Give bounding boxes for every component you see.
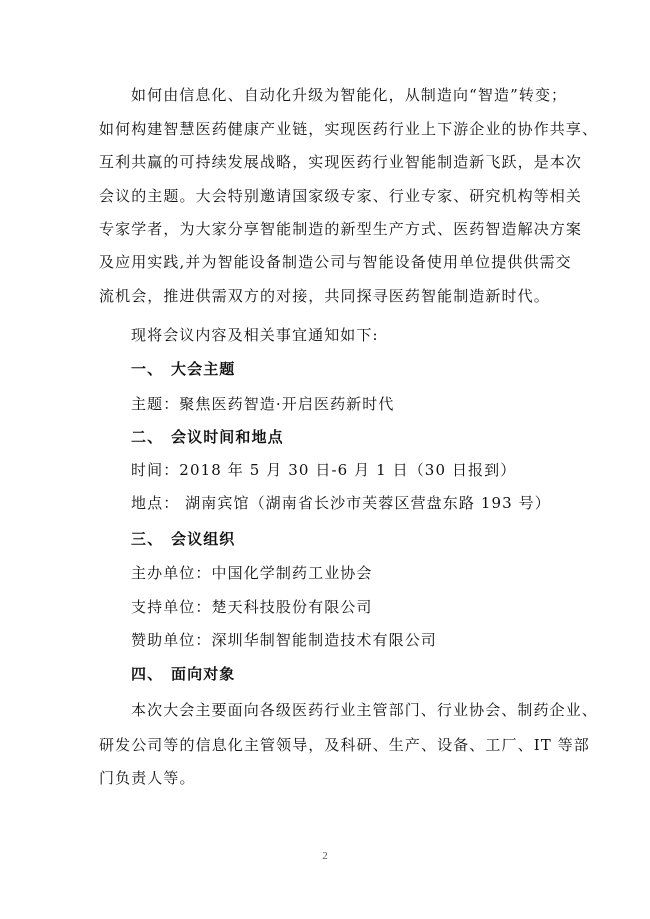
section-text-line: 支持单位：楚天科技股份有限公司 <box>131 597 601 617</box>
body-text-line: 互利共赢的可持续发展战略，实现医药行业智能制造新飞跃，是本次 <box>99 152 569 172</box>
section-heading: 四、面向对象 <box>131 664 601 684</box>
body-text-line: 如何构建智慧医药健康产业链，实现医药行业上下游企业的协作共享、 <box>99 119 569 139</box>
section-title: 大会主题 <box>171 360 235 378</box>
section-text-line: 门负责人等。 <box>99 768 569 788</box>
section-number: 一、 <box>131 359 171 379</box>
section-title: 会议时间和地点 <box>171 428 284 446</box>
section-number: 四、 <box>131 664 171 684</box>
section-number: 二、 <box>131 427 171 447</box>
section-title: 面向对象 <box>171 665 235 683</box>
document-page: 如何由信息化、自动化升级为智能化，从制造向“智造”转变； 如何构建智慧医药健康产… <box>0 0 650 919</box>
section-heading: 三、会议组织 <box>131 529 601 549</box>
section-text-line: 赞助单位：深圳华制智能制造技术有限公司 <box>131 630 601 650</box>
section-heading: 二、会议时间和地点 <box>131 427 601 447</box>
section-text-line: 时间：2018 年 5 月 30 日-6 月 1 日（30 日报到） <box>131 460 601 480</box>
section-text-line: 主题：聚焦医药智造·开启医药新时代 <box>131 394 601 414</box>
page-number: 2 <box>0 850 650 862</box>
section-text-line: 主办单位：中国化学制药工业协会 <box>131 563 601 583</box>
notice-line: 现将会议内容及相关事宜通知如下: <box>131 325 601 345</box>
body-text-line: 会议的主题。大会特别邀请国家级专家、行业专家、研究机构等相关 <box>99 186 569 206</box>
section-text-line: 地点： 湖南宾馆（湖南省长沙市芙蓉区营盘东路 193 号） <box>131 493 601 513</box>
body-text-line: 流机会，推进供需双方的对接，共同探寻医药智能制造新时代。 <box>99 286 569 306</box>
section-heading: 一、大会主题 <box>131 359 601 379</box>
body-text-line: 如何由信息化、自动化升级为智能化，从制造向“智造”转变； <box>131 85 601 105</box>
section-text-line: 本次大会主要面向各级医药行业主管部门、行业协会、制药企业、 <box>131 700 601 720</box>
section-text-line: 研发公司等的信息化主管领导，及科研、生产、设备、工厂、IT 等部 <box>99 735 569 755</box>
section-title: 会议组织 <box>171 530 235 548</box>
section-number: 三、 <box>131 529 171 549</box>
body-text-line: 专家学者，为大家分享智能制造的新型生产方式、医药智造解决方案 <box>99 219 569 239</box>
body-text-line: 及应用实践,并为智能设备制造公司与智能设备使用单位提供供需交 <box>99 252 569 272</box>
